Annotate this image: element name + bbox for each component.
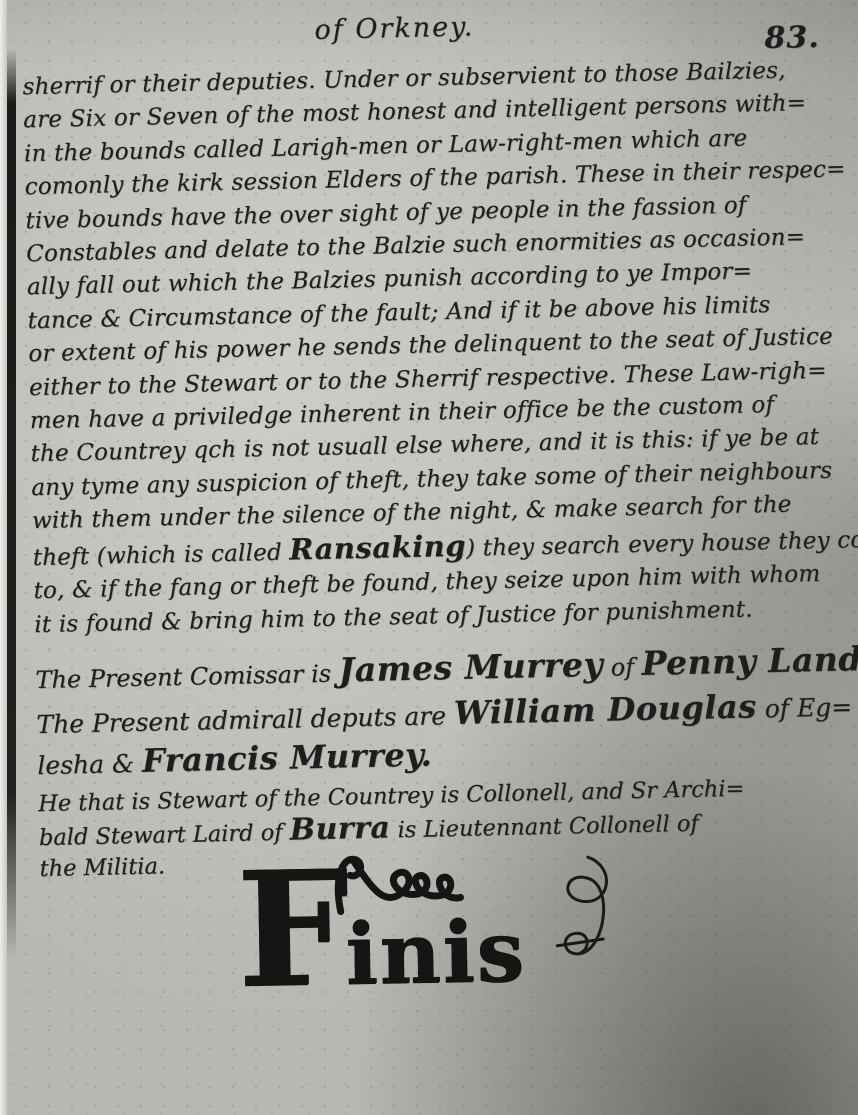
binding-shadow (7, 48, 16, 960)
name-james-murrey: James Murrey (338, 645, 603, 690)
main-paragraph: sherrif or their deputies. Under or subs… (22, 53, 850, 642)
manuscript-text: of Orkney. 83. sherrif or their deputies… (21, 0, 856, 885)
term-ransaking: Ransaking (289, 528, 466, 566)
line-segment: lesha & (37, 749, 142, 780)
name-penny-land: Penny Land. (641, 639, 858, 683)
finis-section: Finis (0, 845, 858, 1010)
name-william-douglas: William Douglas (453, 687, 757, 732)
page-number: 83. (764, 20, 820, 56)
line-segment: of (603, 653, 642, 682)
manuscript-photo: of Orkney. 83. sherrif or their deputies… (0, 0, 858, 1115)
line-segment: of Eg= (756, 692, 852, 723)
finis-initial: F (235, 836, 346, 1023)
admiral-paragraph: The Present admirall deputs are William … (36, 685, 854, 785)
flourish-top-icon (331, 847, 482, 920)
line-segment: theft (which is called (33, 539, 290, 571)
flourish-right-icon (550, 849, 622, 980)
page-heading: of Orkney. (21, 0, 838, 52)
line-segment: ) they search every house they come (466, 526, 858, 561)
name-francis-murrey: Francis Murrey. (142, 735, 433, 779)
line-segment: The Present Comissar is (35, 659, 339, 694)
line-segment: is Lieutennant Collonell of (390, 811, 699, 844)
finis-group: Finis (236, 849, 623, 1006)
line-segment: The Present admirall deputs are (36, 701, 454, 739)
